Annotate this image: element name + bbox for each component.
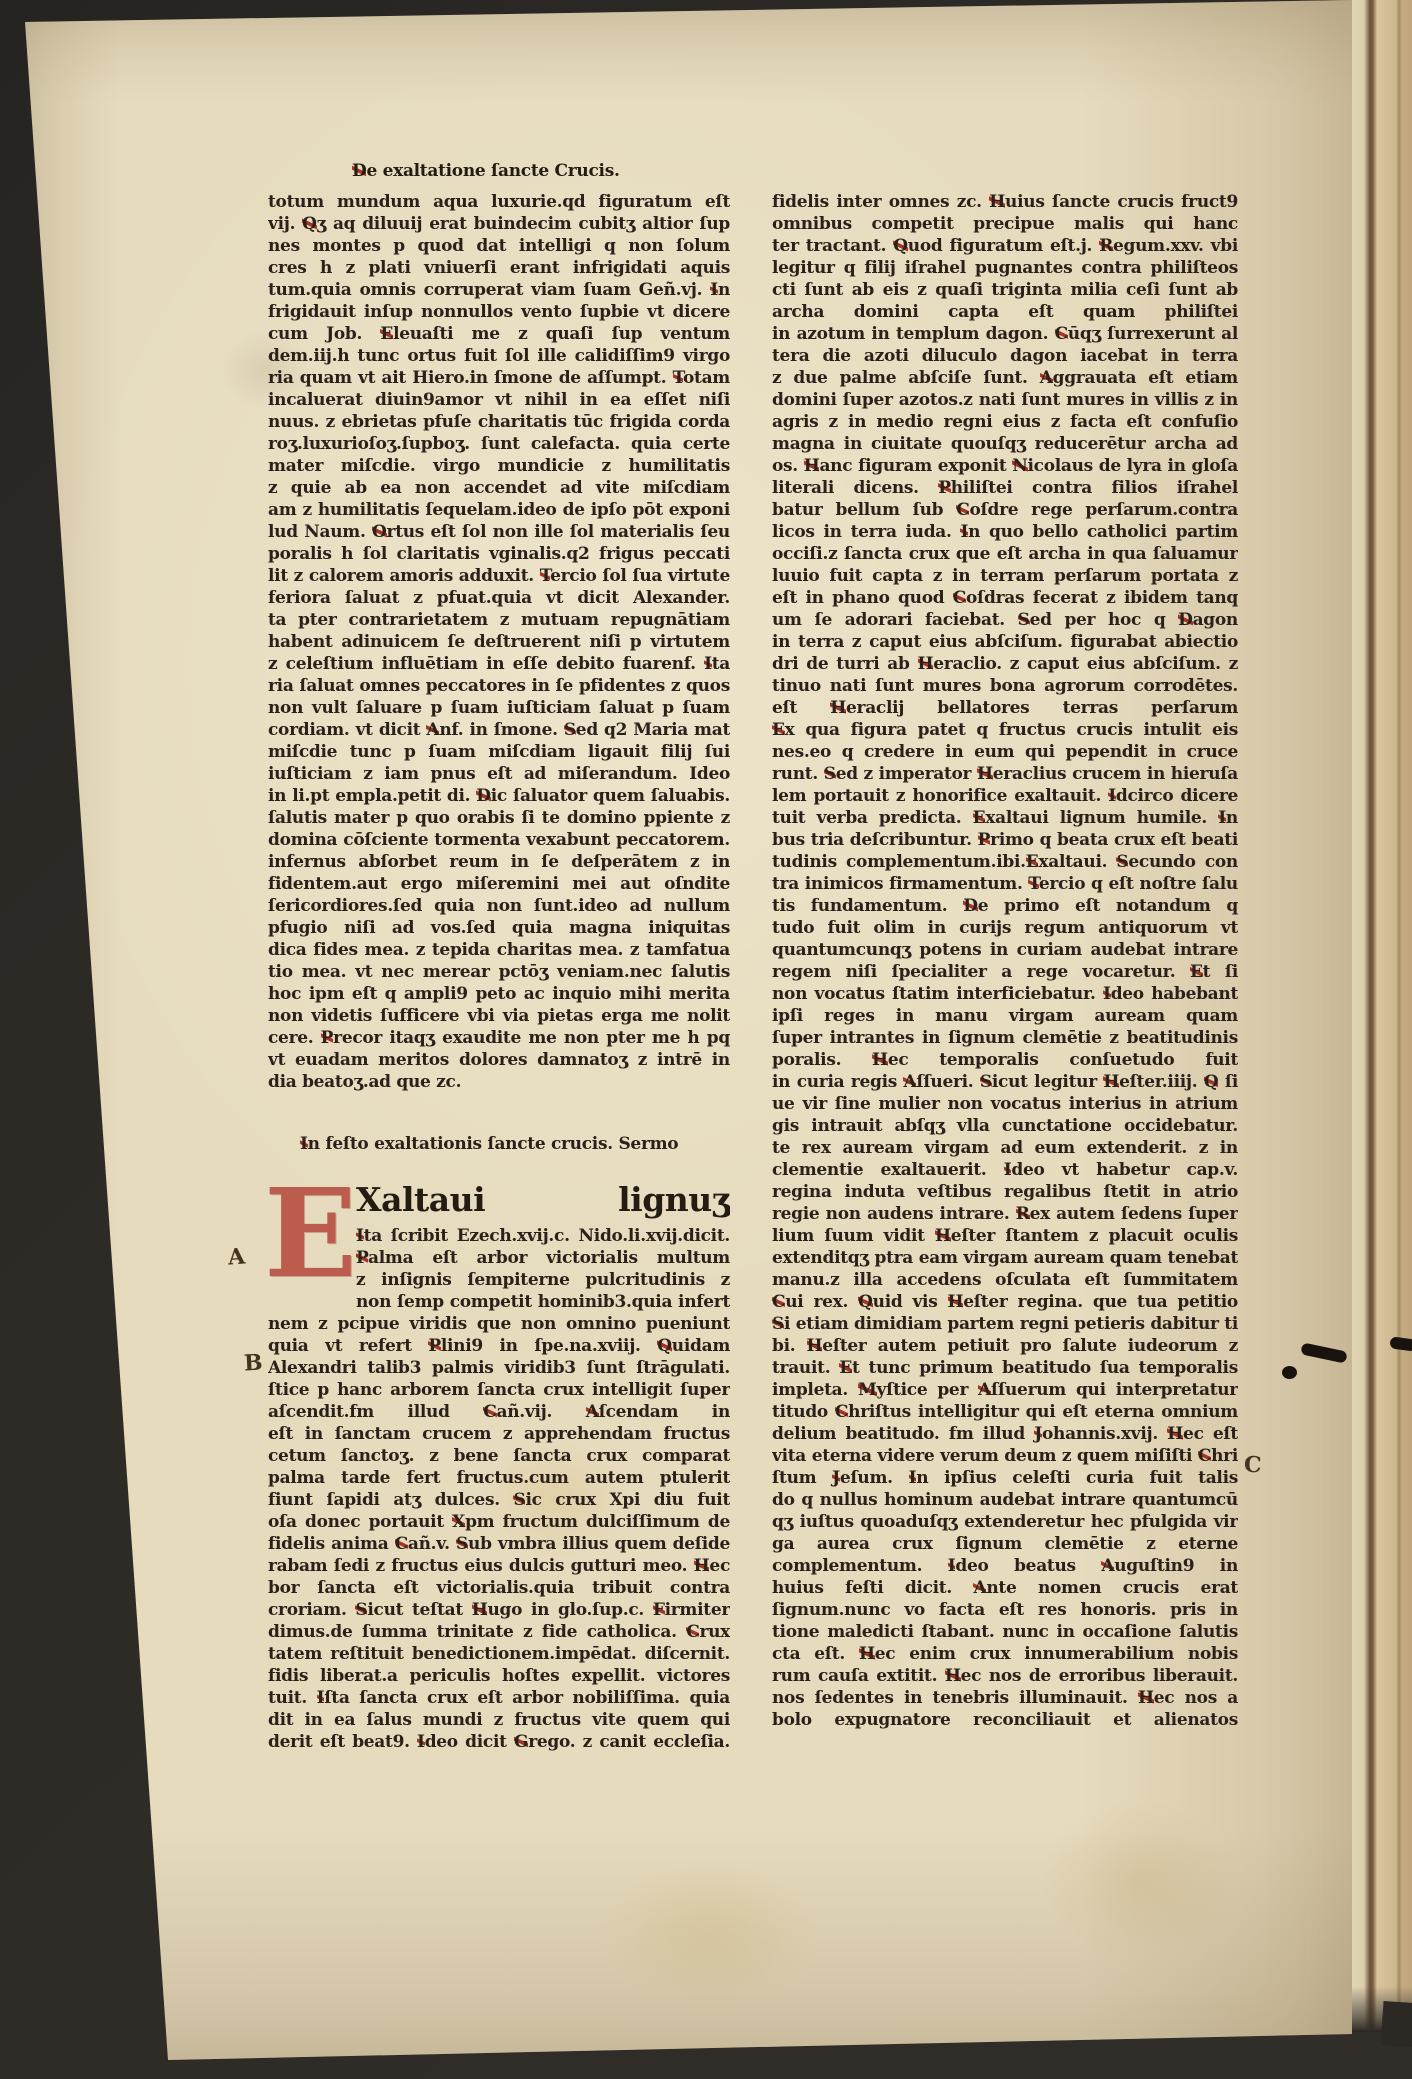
text-line: extenditqʒ ptra eam virgam auream quam t… — [772, 1247, 1238, 1269]
rubricated-letter: E — [973, 808, 986, 828]
text-line: fidelis inter omnes zc. Huius ſancte cru… — [772, 191, 1238, 213]
text-line: in li.pt empla.petit di. Dic ſaluator qu… — [268, 785, 730, 807]
rubricated-letter: H — [918, 654, 934, 674]
text-line: luuio fuit capta z in terram perſarum po… — [772, 565, 1238, 587]
rubricated-letter: R — [1016, 1204, 1030, 1224]
rubricated-letter: P — [428, 1336, 440, 1356]
rubricated-letter: C — [1055, 324, 1068, 344]
sermon-heading: In feſto exaltationis ſancte crucis. Ser… — [268, 1133, 730, 1155]
right-column: fidelis inter omnes zc. Huius ſancte cru… — [772, 191, 1238, 1731]
text-line: nes.eo q credere in eum qui pependit in … — [772, 741, 1238, 763]
rubricated-letter: M — [858, 1380, 877, 1400]
rubricated-letter: T — [540, 566, 550, 586]
text-line: bolo expugnatore reconciliauit et aliena… — [772, 1709, 1238, 1731]
text-line: tum.quia omnis corruperat viam ſuam Geñ.… — [268, 279, 730, 301]
text-line: tra inimicos firmamentum. Tercio q eſt n… — [772, 873, 1238, 895]
text-line: vt euadam meritos dolores damnatoʒ z int… — [268, 1049, 730, 1071]
rubricated-letter: S — [355, 1600, 367, 1620]
text-line: agris z in medio regni eius z facta eſt … — [772, 411, 1238, 433]
text-line: non ſemp competit hominib3.quia infert c… — [356, 1291, 730, 1313]
rubricated-letter: P — [978, 830, 990, 850]
text-line: Si etiam dimidiam partem regni petieris … — [772, 1313, 1238, 1335]
text-line: mater miſcdie. virgo mundicie z humilita… — [268, 455, 730, 477]
text-line: quantumcunqʒ potens in curiam audebat in… — [772, 939, 1238, 961]
text-line: Xaltaui lignuʒ humile — [356, 1179, 730, 1225]
rubricated-letter: O — [372, 522, 387, 542]
text-line: tuit verba predicta. Exaltaui lignum hum… — [772, 807, 1238, 829]
rubricated-letter: H — [989, 192, 1005, 212]
text-line: omnibus competit precipue malis qui hanc… — [772, 213, 1238, 235]
text-line: ſtum Jeſum. In ipſius celeſti curia fuit… — [772, 1467, 1238, 1489]
text-line: tio mea. vt nec merear pctōʒ veniam.nec … — [268, 961, 730, 983]
book-page: De exaltatione ſancte Crucis. totum mund… — [0, 0, 1352, 2079]
rubricated-letter: C — [956, 500, 969, 520]
text-line: vita eterna videre verum deum z quem miſ… — [772, 1445, 1238, 1467]
text-line: nem z pcipue viridis que non omnino puen… — [268, 1313, 730, 1335]
text-line: Cui rex. Quid vis Heſter regina. que tua… — [772, 1291, 1238, 1313]
rubricated-letter: A — [586, 1402, 599, 1422]
rubricated-letter: I — [317, 1688, 325, 1708]
text-line: dit in ea ſalus mundi z fructus vite que… — [268, 1709, 730, 1731]
fore-edge-pages — [1350, 0, 1412, 2030]
rubricated-letter: T — [1028, 874, 1038, 894]
text-line: licos in terra iuda. In quo bello cathol… — [772, 521, 1238, 543]
rubricated-letter: H — [1167, 1424, 1183, 1444]
text-line: magna in ciuitate quouſqʒ reducerētur ar… — [772, 433, 1238, 455]
text-line: titudo Chriſtus intelligitur qui eſt ete… — [772, 1401, 1238, 1423]
rubricated-letter: S — [980, 1072, 992, 1092]
text-line: cere. Precor itaqʒ exaudite me non pter … — [268, 1027, 730, 1049]
text-line: feriora ſaluat z pfuat.quia vt dicit Ale… — [268, 587, 730, 609]
text-line: aſcendit.fm illud Cañ.vij. Aſcendam in p… — [268, 1401, 730, 1423]
text-line: infernus abſorbet reum in ſe deſperātem … — [268, 851, 730, 873]
text-line: clementie exaltauerit. Ideo vt habetur c… — [772, 1159, 1238, 1181]
rubricated-letter: T — [673, 368, 683, 388]
text-line: fidis liberat.a periculis hoſtes expelli… — [268, 1665, 730, 1687]
rubricated-letter: C — [835, 1402, 848, 1422]
rubricated-letter: P — [356, 1248, 368, 1268]
text-line: oſa donec portauit Xpm fructum dulciſſim… — [268, 1511, 730, 1533]
rubricated-letter: Q — [893, 236, 908, 256]
ink-blot-dash — [1300, 1342, 1347, 1363]
rubricated-letter: I — [704, 654, 712, 674]
rubricated-letter: H — [807, 1336, 823, 1356]
text-line: in azotum in templum dagon. Cūqʒ ſurrexe… — [772, 323, 1238, 345]
text-line: non videtis ſufficere vbi via pietas erg… — [268, 1005, 730, 1027]
rubricated-letter: E — [1190, 962, 1203, 982]
text-line: ter tractant. Quod figuratum eſt.j. Regu… — [772, 235, 1238, 257]
text-line: gis intrauit abſqʒ vlla cunctatione occi… — [772, 1115, 1238, 1137]
text-line: os. Hanc figuram exponit Nicolaus de lyr… — [772, 455, 1238, 477]
text-line: De exaltatione ſancte Crucis. — [352, 148, 912, 194]
marginal-letter-a: A — [227, 1243, 246, 1270]
text-line: in terra z caput eius abſciſum. figuraba… — [772, 631, 1238, 653]
text-line: nes montes p quod dat intelligi q non ſo… — [268, 235, 730, 257]
text-line: nos ſedentes in tenebris illuminauit. He… — [772, 1687, 1238, 1709]
text-line: non vult ſaluare p ſuam iuſticiam ſaluat… — [268, 697, 730, 719]
rubricated-letter: D — [476, 786, 490, 806]
text-line: cordiam. vt dicit Anf. in ſmone. Sed q2 … — [268, 719, 730, 741]
running-title: De exaltatione ſancte Crucis. — [352, 148, 912, 194]
text-line: legitur q filij iſrahel pugnantes contra… — [772, 257, 1238, 279]
text-line: iuſticiam z iam pnus eſt ad miſerandum. … — [268, 763, 730, 785]
text-line: cum Job. Eleuaſti me z quaſi ſup ventum … — [268, 323, 730, 345]
text-line: ipſi reges in manu virgam auream quam ex… — [772, 1005, 1238, 1027]
rubricated-letter: A — [1101, 1556, 1114, 1576]
rubricated-letter: H — [977, 764, 993, 784]
text-line: lem portauit z honorifice exaltauit. Idc… — [772, 785, 1238, 807]
text-line: hoc ipm eſt q ampli9 peto ac inquio mihi… — [268, 983, 730, 1005]
text-line: ria quam vt ait Hiero.in ſmone de aſſump… — [268, 367, 730, 389]
marginal-letter-b: B — [243, 1350, 263, 1377]
text-line: totum mundum aqua luxurie.qd figuratum e… — [268, 191, 730, 213]
text-line: lit z calorem amoris adduxit. Tercio ſol… — [268, 565, 730, 587]
rubricated-letter: I — [1004, 1160, 1012, 1180]
text-line: cetum ſanctoʒ. z bene ſancta crux compar… — [268, 1445, 730, 1467]
text-line: um ſe adorari faciebat. Sed per hoc q Da… — [772, 609, 1238, 631]
text-line: am z humilitatis ſequelam.ideo de ipſo p… — [268, 499, 730, 521]
rubricated-letter: I — [1108, 786, 1116, 806]
text-line: tudo fuit olim in curijs regum antiquoru… — [772, 917, 1238, 939]
text-line: dica fides mea. z tepida charitas mea. z… — [268, 939, 730, 961]
rubricated-letter: I — [710, 280, 718, 300]
rubricated-letter: E — [380, 324, 393, 344]
text-line: ſalutis mater p quo orabis ſi te domino … — [268, 807, 730, 829]
text-line: eſt in phano quod Coſdras fecerat z ibid… — [772, 587, 1238, 609]
text-line: rabam ſedi z fructus eius dulcis gutturi… — [268, 1555, 730, 1577]
rubricated-letter: H — [1103, 1072, 1119, 1092]
incipit-block: E Xaltaui lignuʒ humile Ita ſcribit Ezec… — [268, 1179, 730, 1753]
text-line: bi. Heſter autem petiuit pro ſalute iude… — [772, 1335, 1238, 1357]
text-line: ga aurea crux ſignum clemētie z eterne b… — [772, 1533, 1238, 1555]
text-line: poralis. Hec temporalis conſuetudo fuit … — [772, 1049, 1238, 1071]
left-column-text: totum mundum aqua luxurie.qd figuratum e… — [268, 191, 730, 1093]
text-line: bus tria deſcribuntur. Primo q beata cru… — [772, 829, 1238, 851]
text-line: z celeſtium influētiam in eſſe debito fu… — [268, 653, 730, 675]
text-line: ue vir ſine mulier non vocatus interius … — [772, 1093, 1238, 1115]
text-line: cti ſunt ab eis z quaſi triginta milia c… — [772, 279, 1238, 301]
text-line: rum cauſa extitit. Hec nos de erroribus … — [772, 1665, 1238, 1687]
text-line: delium beatitudo. fm illud Johannis.xvij… — [772, 1423, 1238, 1445]
rubricated-letter: C — [395, 1534, 408, 1554]
text-line: batur bellum ſub Coſdre rege perſarum.co… — [772, 499, 1238, 521]
paper-stain — [600, 1860, 820, 2010]
text-line: cres h z plati vniuerſi erant infrigidat… — [268, 257, 730, 279]
text-line: tinuo nati ſunt mures bona agrorum corro… — [772, 675, 1238, 697]
text-line: tera die azoti diluculo dagon iacebat in… — [772, 345, 1238, 367]
text-line: occiſi.z ſancta crux que eſt archa in qu… — [772, 543, 1238, 565]
text-line: fidentem.aut ergo miſeremini mei aut oſn… — [268, 873, 730, 895]
text-line: quia vt refert Plini9 in ſpe.na.xviij. Q… — [268, 1335, 730, 1357]
text-line: dri de turri ab Heraclio. z caput eius a… — [772, 653, 1238, 675]
text-line: dem.iij.h tunc ortus fuit ſol ille calid… — [268, 345, 730, 367]
text-line: fidelis anima Cañ.v. Sub vmbra illius qu… — [268, 1533, 730, 1555]
rubricated-letter: I — [417, 1732, 425, 1752]
text-line: eſt Heraclij bellatores terras perſarum … — [772, 697, 1238, 719]
text-line: bor ſancta eſt victorialis.quia tribuit … — [268, 1577, 730, 1599]
rubricated-letter: P — [321, 1028, 333, 1048]
text-line: tatem reſtituit benedictionem.impēdat. d… — [268, 1643, 730, 1665]
text-line: z quie ab ea non accendet ad vite miſcdi… — [268, 477, 730, 499]
text-line: ta pter contrarietatem z mutuam repugnāt… — [268, 609, 730, 631]
text-line: do q nullus hominum audebat intrare quan… — [772, 1489, 1238, 1511]
text-line: ſignum.nunc vo facta eſt res honoris. pr… — [772, 1599, 1238, 1621]
text-line: dimus.de ſumma trinitate z fide catholic… — [268, 1621, 730, 1643]
text-line: frigidauit inſup nonnullos vento ſupbie … — [268, 301, 730, 323]
rubricated-letter: C — [483, 1402, 496, 1422]
rubricated-letter: E — [839, 1358, 852, 1378]
rubricated-letter: I — [356, 1226, 364, 1246]
rubricated-letter: P — [938, 478, 950, 498]
text-line: z inſignis ſempiterne pulcritudinis z vi… — [356, 1269, 730, 1291]
rubricated-letter: S — [513, 1490, 525, 1510]
rubricated-letter: H — [945, 1666, 961, 1686]
text-line: roʒ.luxurioſoʒ.ſupboʒ. ſunt calefacta. q… — [268, 433, 730, 455]
text-line: in curia regis Aſſueri. Sicut legitur He… — [772, 1071, 1238, 1093]
right-column-text: fidelis inter omnes zc. Huius ſancte cru… — [772, 191, 1238, 1731]
text-line: nuus. z ebrietas pfuſe charitatis tūc fr… — [268, 411, 730, 433]
rubricated-letter: H — [859, 1644, 875, 1664]
text-line: Alexandri talib3 palmis viridib3 ſunt ſt… — [268, 1357, 730, 1379]
text-line: tis fundamentum. De primo eſt notandum q… — [772, 895, 1238, 917]
rubricated-letter: H — [935, 1226, 951, 1246]
text-line: non vocatus ſtatim interficiebatur. Ideo… — [772, 983, 1238, 1005]
rubricated-letter: H — [694, 1556, 710, 1576]
rubricated-letter: J — [832, 1468, 840, 1488]
rubricated-letter: A — [1040, 368, 1053, 388]
scanned-book-photo: De exaltatione ſancte Crucis. totum mund… — [0, 0, 1412, 2079]
text-line: incaluerat diuin9amor vt nihil in ea eſſ… — [268, 389, 730, 411]
rubricated-letter: Q — [858, 1292, 873, 1312]
marginal-letter-c: C — [1244, 1452, 1262, 1479]
text-line: poralis h ſol claritatis vginalis.q2 fri… — [268, 543, 730, 565]
rubricated-letter: S — [456, 1534, 468, 1554]
text-line: miſcdie tunc p ſuam miſcdiam ligauit fil… — [268, 741, 730, 763]
text-line: cta eſt. Hec enim crux innumerabilium no… — [772, 1643, 1238, 1665]
text-line: tione maledicti ſtabant. nunc in occaſio… — [772, 1621, 1238, 1643]
text-line: domina cōſciente tormenta vexabunt pecca… — [268, 829, 730, 851]
text-line: ſuper intrantes in ſignum clemētie z bea… — [772, 1027, 1238, 1049]
rubricated-letter: R — [1099, 236, 1113, 256]
text-line: tuit. Iſta ſancta crux eſt arbor nobiliſ… — [268, 1687, 730, 1709]
text-line: lud Naum. Ortus eſt ſol non ille ſol mat… — [268, 521, 730, 543]
rubricated-letter: H — [1138, 1688, 1154, 1708]
rubricated-letter: D — [352, 161, 366, 181]
rubricated-letter: F — [653, 1600, 665, 1620]
rubricated-letter: G — [514, 1732, 528, 1752]
text-line: ſericordiores.ſed quia non ſunt.ideo ad … — [268, 895, 730, 917]
rubricated-letter: C — [686, 1622, 699, 1642]
rubricated-letter: A — [426, 720, 439, 740]
rubricated-letter: E — [772, 720, 785, 740]
rubricated-letter: S — [1116, 852, 1128, 872]
text-line: complementum. Ideo beatus Auguſtin9 in ſ… — [772, 1555, 1238, 1577]
rubricated-letter: I — [300, 1134, 308, 1154]
text-line: manu.z illa accedens oſculata eſt ſummit… — [772, 1269, 1238, 1291]
rubricated-letter: C — [953, 588, 966, 608]
text-line: runt. Sed z imperator Heraclius crucem i… — [772, 763, 1238, 785]
text-line: derit eſt beat9. Ideo dicit Grego. z can… — [268, 1731, 730, 1753]
rubricated-letter: A — [978, 1380, 991, 1400]
text-line: te rex auream virgam ad eum extenderit. … — [772, 1137, 1238, 1159]
text-line: qʒ iuſtus quoaduſqʒ extenderetur hec pfu… — [772, 1511, 1238, 1533]
rubricated-letter: S — [1018, 610, 1030, 630]
rubricated-letter: Q — [657, 1336, 672, 1356]
rubricated-letter: N — [1012, 456, 1027, 476]
left-column: totum mundum aqua luxurie.qd figuratum e… — [268, 191, 730, 1753]
text-line: vij. Qʒ aq diluuij erat buindecim cubitʒ… — [268, 213, 730, 235]
rubricated-letter: I — [1218, 808, 1226, 828]
text-line: z due palme abſciſe ſunt. Aggrauata eſt … — [772, 367, 1238, 389]
rubricated-letter: H — [948, 1292, 964, 1312]
rubricated-letter: X — [452, 1512, 465, 1532]
rubricated-letter: C — [1198, 1446, 1211, 1466]
text-line: regem niſi ſpecialiter a rege vocaretur.… — [772, 961, 1238, 983]
rubricated-letter: J — [1034, 1424, 1042, 1444]
rubricated-letter: A — [973, 1578, 986, 1598]
text-line: domini ſuper azotos.z nati ſunt mures in… — [772, 389, 1238, 411]
text-line: pfugio niſi ad vos.ſed quia magna iniqui… — [268, 917, 730, 939]
text-line: croriam. Sicut teſtat Hugo in glo.ſup.c.… — [268, 1599, 730, 1621]
text-line: Ita ſcribit Ezech.xvij.c. Nido.li.xvij.d… — [356, 1225, 730, 1247]
rubricated-letter: S — [564, 720, 576, 740]
rubricated-letter: H — [472, 1600, 488, 1620]
rubricated-letter: S — [772, 1314, 784, 1334]
text-line: huius feſti dicit. Ante nomen crucis era… — [772, 1577, 1238, 1599]
rubricated-letter: A — [903, 1072, 916, 1092]
rubricated-letter: H — [872, 1050, 888, 1070]
fore-edge-shadow — [1381, 2001, 1412, 2047]
text-line: regina induta veſtibus regalibus ſtetit … — [772, 1181, 1238, 1203]
rubricated-letter: I — [960, 522, 968, 542]
rubricated-letter: I — [909, 1468, 917, 1488]
rubricated-letter: Q — [1204, 1072, 1219, 1092]
rubricated-letter: C — [772, 1292, 785, 1312]
text-line: ſtice p hanc arborem ſancta crux intelli… — [268, 1379, 730, 1401]
text-line: archa domini capta eſt quam philiſtei aſ… — [772, 301, 1238, 323]
rubricated-letter: H — [804, 456, 820, 476]
rubricated-letter: I — [948, 1556, 956, 1576]
text-line: In feſto exaltationis ſancte crucis. Ser… — [268, 1133, 730, 1155]
text-line: dia beatoʒ.ad que zc. — [268, 1071, 730, 1093]
text-line: impleta. Myſtice per Aſſuerum qui interp… — [772, 1379, 1238, 1401]
rubricated-letter: D — [963, 896, 977, 916]
text-line: fiunt ſapidi atʒ dulces. Sic crux Xpi di… — [268, 1489, 730, 1511]
rubricated-letter: H — [830, 698, 846, 718]
text-line: literali dicens. Philiſtei contra filios… — [772, 477, 1238, 499]
text-line: eſt in ſanctam crucem z apprehendam fruc… — [268, 1423, 730, 1445]
text-line: tudinis complementum.ibi.Exaltaui. Secun… — [772, 851, 1238, 873]
rubricated-letter: S — [824, 764, 836, 784]
rubricated-letter: Q — [302, 214, 317, 234]
text-line: habent adinuicem ſe deſtruerent niſi p v… — [268, 631, 730, 653]
text-line: Ex qua figura patet q fructus crucis int… — [772, 719, 1238, 741]
rubricated-letter: D — [1178, 610, 1192, 630]
text-line: palma tarde fert fructus.cum autem ptule… — [268, 1467, 730, 1489]
text-line: trauit. Et tunc primum beatitudo ſua tem… — [772, 1357, 1238, 1379]
text-line: regie non audens intrare. Rex autem ſede… — [772, 1203, 1238, 1225]
rubricated-initial-E: E — [264, 1181, 352, 1297]
text-line: Palma eſt arbor victorialis multum nobil… — [356, 1247, 730, 1269]
paper-stain — [1040, 1800, 1240, 1960]
rubricated-letter: I — [1103, 984, 1111, 1004]
ink-blot-dot — [1282, 1366, 1297, 1379]
rubricated-letter: E — [1026, 852, 1039, 872]
text-line: lium ſuum vidit Heſter ſtantem z placuit… — [772, 1225, 1238, 1247]
text-line: ria ſaluat omnes peccatores in ſe pfiden… — [268, 675, 730, 697]
